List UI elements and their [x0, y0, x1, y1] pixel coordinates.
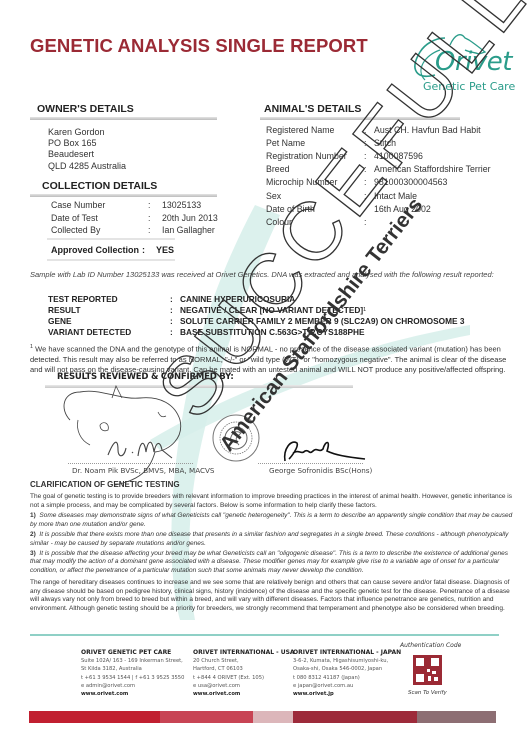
- clarification-heading: CLARIFICATION OF GENETIC TESTING: [30, 480, 180, 489]
- collection-row: Case Number:13025133: [51, 199, 218, 212]
- animal-details: Registered Name:Aust CH. Havfun Bad Habi…: [266, 123, 491, 229]
- collection-row: Collected By:Ian Gallagher: [51, 224, 218, 237]
- approved-value: YES: [156, 245, 174, 255]
- clarification-point: 2) It is possible that there exists more…: [30, 531, 515, 548]
- results-table: TEST REPORTED:CANINE HYPERURICOSURIA RES…: [48, 293, 464, 337]
- website-link[interactable]: www.orivet.com: [193, 690, 295, 698]
- result-row: VARIANT DETECTED:BASE SUBSTITUTION C.563…: [48, 326, 464, 337]
- collection-details: Case Number:13025133 Date of Test:20th J…: [51, 199, 218, 237]
- owner-line: Beaudesert: [48, 149, 126, 160]
- test-reported: CANINE HYPERURICOSURIA: [180, 294, 295, 304]
- report-title: GENETIC ANALYSIS SINGLE REPORT: [30, 35, 368, 57]
- animal-row: Pet Name:Stitch: [266, 136, 491, 149]
- footer-rule: [30, 634, 499, 636]
- signature-2-icon: [275, 435, 370, 465]
- office-usa: ORIVET INTERNATIONAL - USA 20 Church Str…: [193, 649, 295, 698]
- collected-by: Ian Gallagher: [162, 225, 215, 235]
- sex: Intact Male: [374, 191, 417, 201]
- orivet-stamp-icon: [211, 413, 261, 463]
- result-value: NEGATIVE / CLEAR [NO VARIANT DETECTED]: [180, 305, 363, 315]
- office-japan: ORIVET INTERNATIONAL - JAPAN 3-6-2, Kuma…: [293, 649, 401, 698]
- registration-number: 4100087596: [374, 151, 423, 161]
- qr-code-icon[interactable]: [413, 655, 442, 685]
- sample-statement: Sample with Lab ID Number 13025133 was r…: [30, 270, 494, 279]
- animal-row: Date of Birth16th Aug 2002: [266, 202, 491, 215]
- owner-line: Karen Gordon: [48, 127, 126, 138]
- clarification-intro: The goal of genetic testing is to provid…: [30, 493, 515, 510]
- variant-value: BASE SUBSTITUTION C.563G>T P.CYS188PHE: [180, 327, 365, 337]
- animal-row: Breed:American Staffordshire Terrier: [266, 163, 491, 176]
- pet-name: Stitch: [374, 138, 396, 148]
- footnote: 1 We have scanned the DNA and the genoty…: [30, 342, 510, 375]
- color-bar: [253, 711, 293, 723]
- signature-line: [68, 463, 193, 464]
- collection-heading: COLLECTION DETAILS: [42, 180, 157, 192]
- clarification-body: The goal of genetic testing is to provid…: [30, 493, 515, 615]
- result-row: TEST REPORTED:CANINE HYPERURICOSURIA: [48, 293, 464, 304]
- website-link[interactable]: www.orivet.com: [81, 690, 184, 698]
- color-bar: [293, 711, 417, 723]
- scan-to-verify-label: Scan To Verify: [408, 690, 447, 696]
- color-bar: [29, 711, 160, 723]
- animal-rule: [260, 117, 460, 120]
- footnote-marker: 1: [363, 307, 366, 313]
- breed: American Staffordshire Terrier: [374, 164, 491, 174]
- signature-1-icon: [100, 430, 180, 465]
- approved-rule: [47, 259, 175, 261]
- case-number: 13025133: [162, 200, 201, 210]
- date-of-test: 20th Jun 2013: [162, 213, 218, 223]
- signature-line: [258, 463, 363, 464]
- reviewed-rule: [45, 385, 353, 388]
- owner-line: PO Box 165: [48, 138, 126, 149]
- owner-line: QLD 4285 Australia: [48, 161, 126, 172]
- orivet-logo: Orivet Genetic Pet Care: [395, 30, 530, 95]
- signatory-name: Dr. Noam Pik BVSc, BMVS, MBA, MACVS: [72, 466, 214, 475]
- color-bar: [417, 711, 496, 723]
- color-bar: [160, 711, 253, 723]
- logo-tagline: Genetic Pet Care: [423, 80, 515, 93]
- animal-row: Colour:: [266, 215, 491, 228]
- office-australia: ORIVET GENETIC PET CARE Suite 102A/ 163 …: [81, 649, 184, 698]
- animal-row: Sex:Intact Male: [266, 189, 491, 202]
- collection-row: Date of Test:20th Jun 2013: [51, 212, 218, 225]
- owner-heading: OWNER'S DETAILS: [37, 103, 134, 115]
- registered-name: Aust CH. Havfun Bad Habit: [374, 125, 481, 135]
- owner-rule: [30, 117, 217, 120]
- animal-heading: ANIMAL'S DETAILS: [264, 103, 361, 115]
- logo-wordmark: Orivet: [435, 47, 512, 77]
- animal-row: Registered Name:Aust CH. Havfun Bad Habi…: [266, 123, 491, 136]
- website-link[interactable]: www.orivet.jp: [293, 690, 401, 698]
- result-row: GENE:SOLUTE CARRIER FAMILY 2 MEMBER 9 (S…: [48, 315, 464, 326]
- result-row: RESULT:NEGATIVE / CLEAR [NO VARIANT DETE…: [48, 304, 464, 315]
- animal-row: Microchip Number:981000300004563: [266, 176, 491, 189]
- date-of-birth: 16th Aug 2002: [374, 204, 431, 214]
- clarification-closing: The range of hereditary diseases continu…: [30, 579, 515, 614]
- clarification-point: 3) It is possible that the disease affec…: [30, 550, 515, 576]
- animal-row: Registration Number:4100087596: [266, 149, 491, 162]
- footer-color-bars: [29, 711, 496, 723]
- reviewed-heading: RESULTS REVIEWED & CONFIRMED BY:: [57, 372, 234, 382]
- clarification-point: 1) Some diseases may demonstrate signs o…: [30, 512, 515, 529]
- owner-address: Karen Gordon PO Box 165 Beaudesert QLD 4…: [48, 127, 126, 172]
- signatory-name: George Sofronidis BSc(Hons): [269, 466, 372, 475]
- microchip-number: 981000300004563: [374, 177, 447, 187]
- collection-rule: [30, 194, 217, 197]
- gene-value: SOLUTE CARRIER FAMILY 2 MEMBER 9 (SLC2A9…: [180, 316, 464, 326]
- approved-collection-row: Approved Collection:YES: [47, 240, 174, 259]
- authentication-label: Authentication Code: [400, 642, 461, 649]
